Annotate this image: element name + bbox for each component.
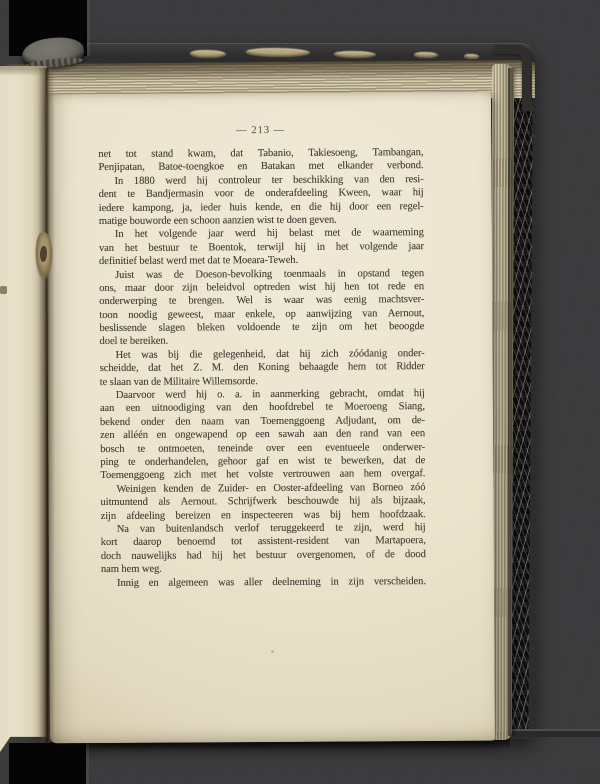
book-page: — 213 — nettotstandkwam,datTabanio,Takie… <box>46 92 495 744</box>
cover-wear-patch <box>464 54 479 59</box>
text-line: scheidde,dathetZ.M.denKoningbehaagdehemt… <box>100 360 425 375</box>
gutter-crease <box>38 68 55 742</box>
paper-speck <box>270 650 274 653</box>
text-line: vanhetbestuurteBoentok,terwijlhijinhetvo… <box>99 240 424 255</box>
text-line: zenalléénenongewapendopeensawahaandenran… <box>100 427 425 442</box>
text-line: nettotstandkwam,datTabanio,Takiesoeng,Ta… <box>98 146 423 161</box>
scanned-book-photo: — 213 — nettotstandkwam,datTabanio,Takie… <box>0 0 600 784</box>
cover-edge-shadow <box>508 68 518 736</box>
page-text: nettotstandkwam,datTabanio,Takiesoeng,Ta… <box>98 146 426 590</box>
text-line: uitmuntendalsAernout.Schrijfwerkbeschouw… <box>100 494 425 509</box>
cover-wear-patch <box>414 52 438 58</box>
text-line: Innigenalgemeenwasallerdeelneminginzijnv… <box>101 575 426 590</box>
cover-wear-patch <box>334 51 376 58</box>
cover-corner-cap <box>494 45 532 111</box>
page-number: — 213 — <box>98 124 423 137</box>
cover-wear-patch <box>190 50 226 58</box>
gutter-damage-dash <box>0 286 7 294</box>
cover-wear-patch <box>246 48 310 57</box>
gutter-damage-spot <box>35 232 53 280</box>
text-line: ons,maardoorzijnbeleidvoloptredenwisthij… <box>99 280 424 295</box>
scan-gap-bottom <box>9 743 86 784</box>
text-line: beslissendeslagenblekenvoldoendetezijnom… <box>99 320 424 335</box>
text-line: kortdaaropbenoemdtotassistent-residentva… <box>101 534 426 549</box>
